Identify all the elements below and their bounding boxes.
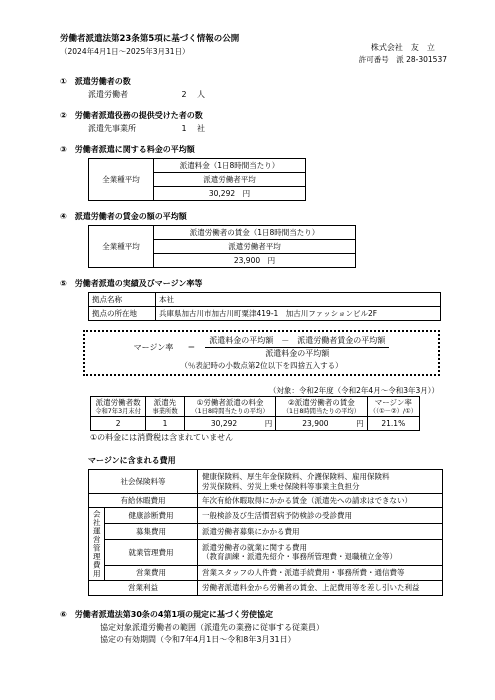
header-left: 労働者派遣法第23条第5項に基づく情報の公開 （2024年4月1日～2025年3… bbox=[60, 34, 239, 56]
cost-label: 健康診断費用 bbox=[105, 508, 198, 524]
costs-table: 社会保険料等 健康保険料、厚生年金保険料、介護保険料、雇用保険料 労災保険料、労… bbox=[88, 469, 443, 596]
cost-row-social-insurance: 社会保険料等 健康保険料、厚生年金保険料、介護保険料、雇用保険料 労災保険料、労… bbox=[89, 470, 443, 494]
avg-wage-value: 23,900 円 bbox=[154, 254, 356, 268]
col-clients: 派遣先 事業所数 bbox=[146, 397, 185, 417]
formula-lhs: マージン率 bbox=[134, 343, 174, 353]
cost-row-operating-profit: 営業利益 労働者派遣料金から労働者の賃金、上記費用等を差し引いた利益 bbox=[89, 581, 443, 595]
office-name-label: 拠点名称 bbox=[89, 293, 156, 307]
cost-desc: 営業スタッフの人件費・派遣手続費用・事務所費・通信費等 bbox=[198, 565, 443, 581]
tax-footnote: ①の料金には消費税は含まれていません bbox=[90, 433, 447, 443]
cost-label: 社会保険料等 bbox=[89, 470, 198, 494]
reporting-period: （2024年4月1日～2025年3月31日） bbox=[60, 47, 239, 56]
avg-fee-header2: 派遣労働者平均 bbox=[154, 173, 306, 187]
section5-heading: ⑤ 労働者派遣の実績及びマージン率等 bbox=[60, 279, 447, 289]
license-number: 許可番号 派 28-301537 bbox=[359, 55, 447, 64]
clients-value: 1 bbox=[146, 417, 185, 431]
cost-label: 就業管理費用 bbox=[105, 539, 198, 565]
document-page: 労働者派遣法第23条第5項に基づく情報の公開 （2024年4月1日～2025年3… bbox=[0, 0, 495, 700]
margin-data-table: 派遣労働者数 令和7年3月末付 派遣先 事業所数 ①労働者派遣の料金 （1日8時… bbox=[90, 396, 420, 431]
cost-label: 営業利益 bbox=[89, 581, 198, 595]
cost-desc: 労働者派遣料金から労働者の賃金、上記費用等を差し引いた利益 bbox=[198, 581, 443, 595]
section-margin-info: ⑤ 労働者派遣の実績及びマージン率等 拠点名称 本社 拠点の所在地 兵庫県加古川… bbox=[60, 279, 447, 443]
header-right: 株式会社 友 立 許可番号 派 28-301537 bbox=[359, 43, 447, 64]
avg-fee-header1: 派遣料金（1日8時間当たり） bbox=[154, 159, 306, 173]
avg-wage-header1: 派遣労働者の賃金（1日8時間当たり） bbox=[154, 226, 356, 240]
page-title: 労働者派遣法第23条第5項に基づく情報の公開 bbox=[60, 34, 239, 45]
section1-value: 2 bbox=[176, 90, 192, 100]
costs-heading: マージンに含まれる費用 bbox=[88, 456, 447, 466]
office-address-label: 拠点の所在地 bbox=[89, 307, 156, 321]
formula-rounding-note: （％表記時の小数点第2位以下を四捨五入する） bbox=[89, 361, 434, 370]
formula-equals: ＝ bbox=[187, 343, 195, 353]
cost-row-sales-expense: 営業費用 営業スタッフの人件費・派遣手続費用・事務所費・通信費等 bbox=[89, 565, 443, 581]
margin-table-data-row: 2 1 30,292 円 23,900 円 21.1% bbox=[91, 417, 420, 431]
cost-label: 営業費用 bbox=[105, 565, 198, 581]
fee-value-cell: 30,292 円 bbox=[184, 417, 275, 431]
cost-row-recruiting: 募集費用 派遣労働者募集にかかる費用 bbox=[89, 524, 443, 540]
section2-value: 1 bbox=[176, 124, 192, 134]
cost-desc: 健康保険料、厚生年金保険料、介護保険料、雇用保険料 労災保険料、労災上乗せ保険料… bbox=[198, 470, 443, 494]
cost-row-employment-management: 就業管理費用 派遣労働者の就業に関する費用 （教育訓練・派遣先紹介・事務所管理費… bbox=[89, 539, 443, 565]
company-name: 株式会社 友 立 bbox=[359, 43, 447, 53]
section1-heading: ① 派遣労働者の数 bbox=[60, 77, 447, 87]
avg-fee-row-label: 全業種平均 bbox=[89, 159, 154, 201]
target-fiscal-year-note: （対象：令和2年度（令和2年4月～令和3年3月）） bbox=[60, 386, 439, 395]
formula-numerator: 派遣料金の平均額 － 派遣労働者賃金の平均額 bbox=[205, 336, 389, 348]
section3-heading: ③ 労働者派遣に関する料金の平均額 bbox=[60, 145, 447, 155]
section2-row: 派遣先事業所1社 bbox=[60, 124, 447, 134]
margin-rate-formula-box: マージン率 ＝ 派遣料金の平均額 － 派遣労働者賃金の平均額 派遣料金の平均額 … bbox=[83, 330, 440, 375]
cost-desc: 派遣労働者の就業に関する費用 （教育訓練・派遣先紹介・事務所管理費・退職積立金等… bbox=[198, 539, 443, 565]
section2-label: 派遣先事業所 bbox=[88, 124, 176, 134]
document-header: 労働者派遣法第23条第5項に基づく情報の公開 （2024年4月1日～2025年3… bbox=[60, 34, 447, 64]
agreement-scope: 協定対象派遣労働者の範囲（派遣先の業務に従事する従業員） bbox=[60, 623, 447, 633]
cost-label: 有給休暇費用 bbox=[89, 494, 198, 508]
avg-wage-row-label: 全業種平均 bbox=[89, 226, 154, 268]
wage-value-cell: 23,900 円 bbox=[276, 417, 367, 431]
section4-heading: ④ 派遣労働者の賃金の額の平均額 bbox=[60, 212, 447, 222]
margin-rate-formula: マージン率 ＝ 派遣料金の平均額 － 派遣労働者賃金の平均額 派遣料金の平均額 bbox=[89, 336, 434, 359]
section1-unit: 人 bbox=[192, 90, 205, 100]
col-workers: 派遣労働者数 令和7年3月末付 bbox=[91, 397, 146, 417]
cost-label: 募集費用 bbox=[105, 524, 198, 540]
section-labor-agreement: ⑥ 労働者派遣法第30条の4第1項の規定に基づく労使協定 協定対象派遣労働者の範… bbox=[60, 610, 447, 645]
avg-fee-table: 全業種平均 派遣料金（1日8時間当たり） 派遣労働者平均 30,292 円 bbox=[88, 158, 306, 201]
cost-desc: 一般検診及び生活慣習病予防検診の受診費用 bbox=[198, 508, 443, 524]
margin-table-header-row: 派遣労働者数 令和7年3月末付 派遣先 事業所数 ①労働者派遣の料金 （1日8時… bbox=[91, 397, 420, 417]
section6-heading: ⑥ 労働者派遣法第30条の4第1項の規定に基づく労使協定 bbox=[60, 610, 447, 620]
margin-costs-section: マージンに含まれる費用 社会保険料等 健康保険料、厚生年金保険料、介護保険料、雇… bbox=[88, 456, 447, 596]
section2-unit: 社 bbox=[192, 124, 205, 134]
workers-value: 2 bbox=[91, 417, 146, 431]
fee-value: 30,292 bbox=[188, 419, 260, 428]
formula-fraction: 派遣料金の平均額 － 派遣労働者賃金の平均額 派遣料金の平均額 bbox=[205, 336, 389, 359]
section-client-count: ② 労働者派遣役務の提供受けた者の数 派遣先事業所1社 bbox=[60, 111, 447, 134]
margin-rate-value: 21.1% bbox=[367, 417, 419, 431]
office-table: 拠点名称 本社 拠点の所在地 兵庫県加古川市加古川町粟津419-1 加古川ファッ… bbox=[88, 292, 441, 321]
section1-label: 派遣労働者 bbox=[88, 90, 176, 100]
section1-row: 派遣労働者2人 bbox=[60, 90, 447, 100]
cost-desc: 派遣労働者募集にかかる費用 bbox=[198, 524, 443, 540]
cost-desc: 年次有給休暇取得にかかる賃金（派遣先への請求はできない） bbox=[198, 494, 443, 508]
section-avg-fee: ③ 労働者派遣に関する料金の平均額 全業種平均 派遣料金（1日8時間当たり） 派… bbox=[60, 145, 447, 201]
avg-fee-value: 30,292 円 bbox=[154, 187, 306, 201]
office-address: 兵庫県加古川市加古川町粟津419-1 加古川ファッションビル2F bbox=[156, 307, 441, 321]
office-name: 本社 bbox=[156, 293, 441, 307]
cost-row-health-check: 会社運営管理費用 健康診断費用 一般検診及び生活慣習病予防検診の受診費用 bbox=[89, 508, 443, 524]
wage-unit: 円 bbox=[352, 419, 364, 428]
fee-unit: 円 bbox=[260, 419, 272, 428]
col-wage: ②派遣労働者の賃金 （1日8時間当たりの平均） bbox=[276, 397, 367, 417]
section2-heading: ② 労働者派遣役務の提供受けた者の数 bbox=[60, 111, 447, 121]
section-dispatched-workers: ① 派遣労働者の数 派遣労働者2人 bbox=[60, 77, 447, 100]
col-fee: ①労働者派遣の料金 （1日8時間当たりの平均） bbox=[184, 397, 275, 417]
cost-row-paid-leave: 有給休暇費用 年次有給休暇取得にかかる賃金（派遣先への請求はできない） bbox=[89, 494, 443, 508]
avg-wage-header2: 派遣労働者平均 bbox=[154, 240, 356, 254]
wage-value: 23,900 bbox=[279, 419, 351, 428]
avg-wage-table: 全業種平均 派遣労働者の賃金（1日8時間当たり） 派遣労働者平均 23,900 … bbox=[88, 225, 356, 268]
section-avg-wage: ④ 派遣労働者の賃金の額の平均額 全業種平均 派遣労働者の賃金（1日8時間当たり… bbox=[60, 212, 447, 268]
agreement-validity: 協定の有効期間（令和7年4月1日～令和8年3月31日） bbox=[60, 635, 447, 645]
company-management-vertical-label: 会社運営管理費用 bbox=[89, 508, 105, 581]
formula-denominator: 派遣料金の平均額 bbox=[205, 348, 389, 359]
col-margin-rate: マージン率 （（①－②）/①） bbox=[367, 397, 419, 417]
